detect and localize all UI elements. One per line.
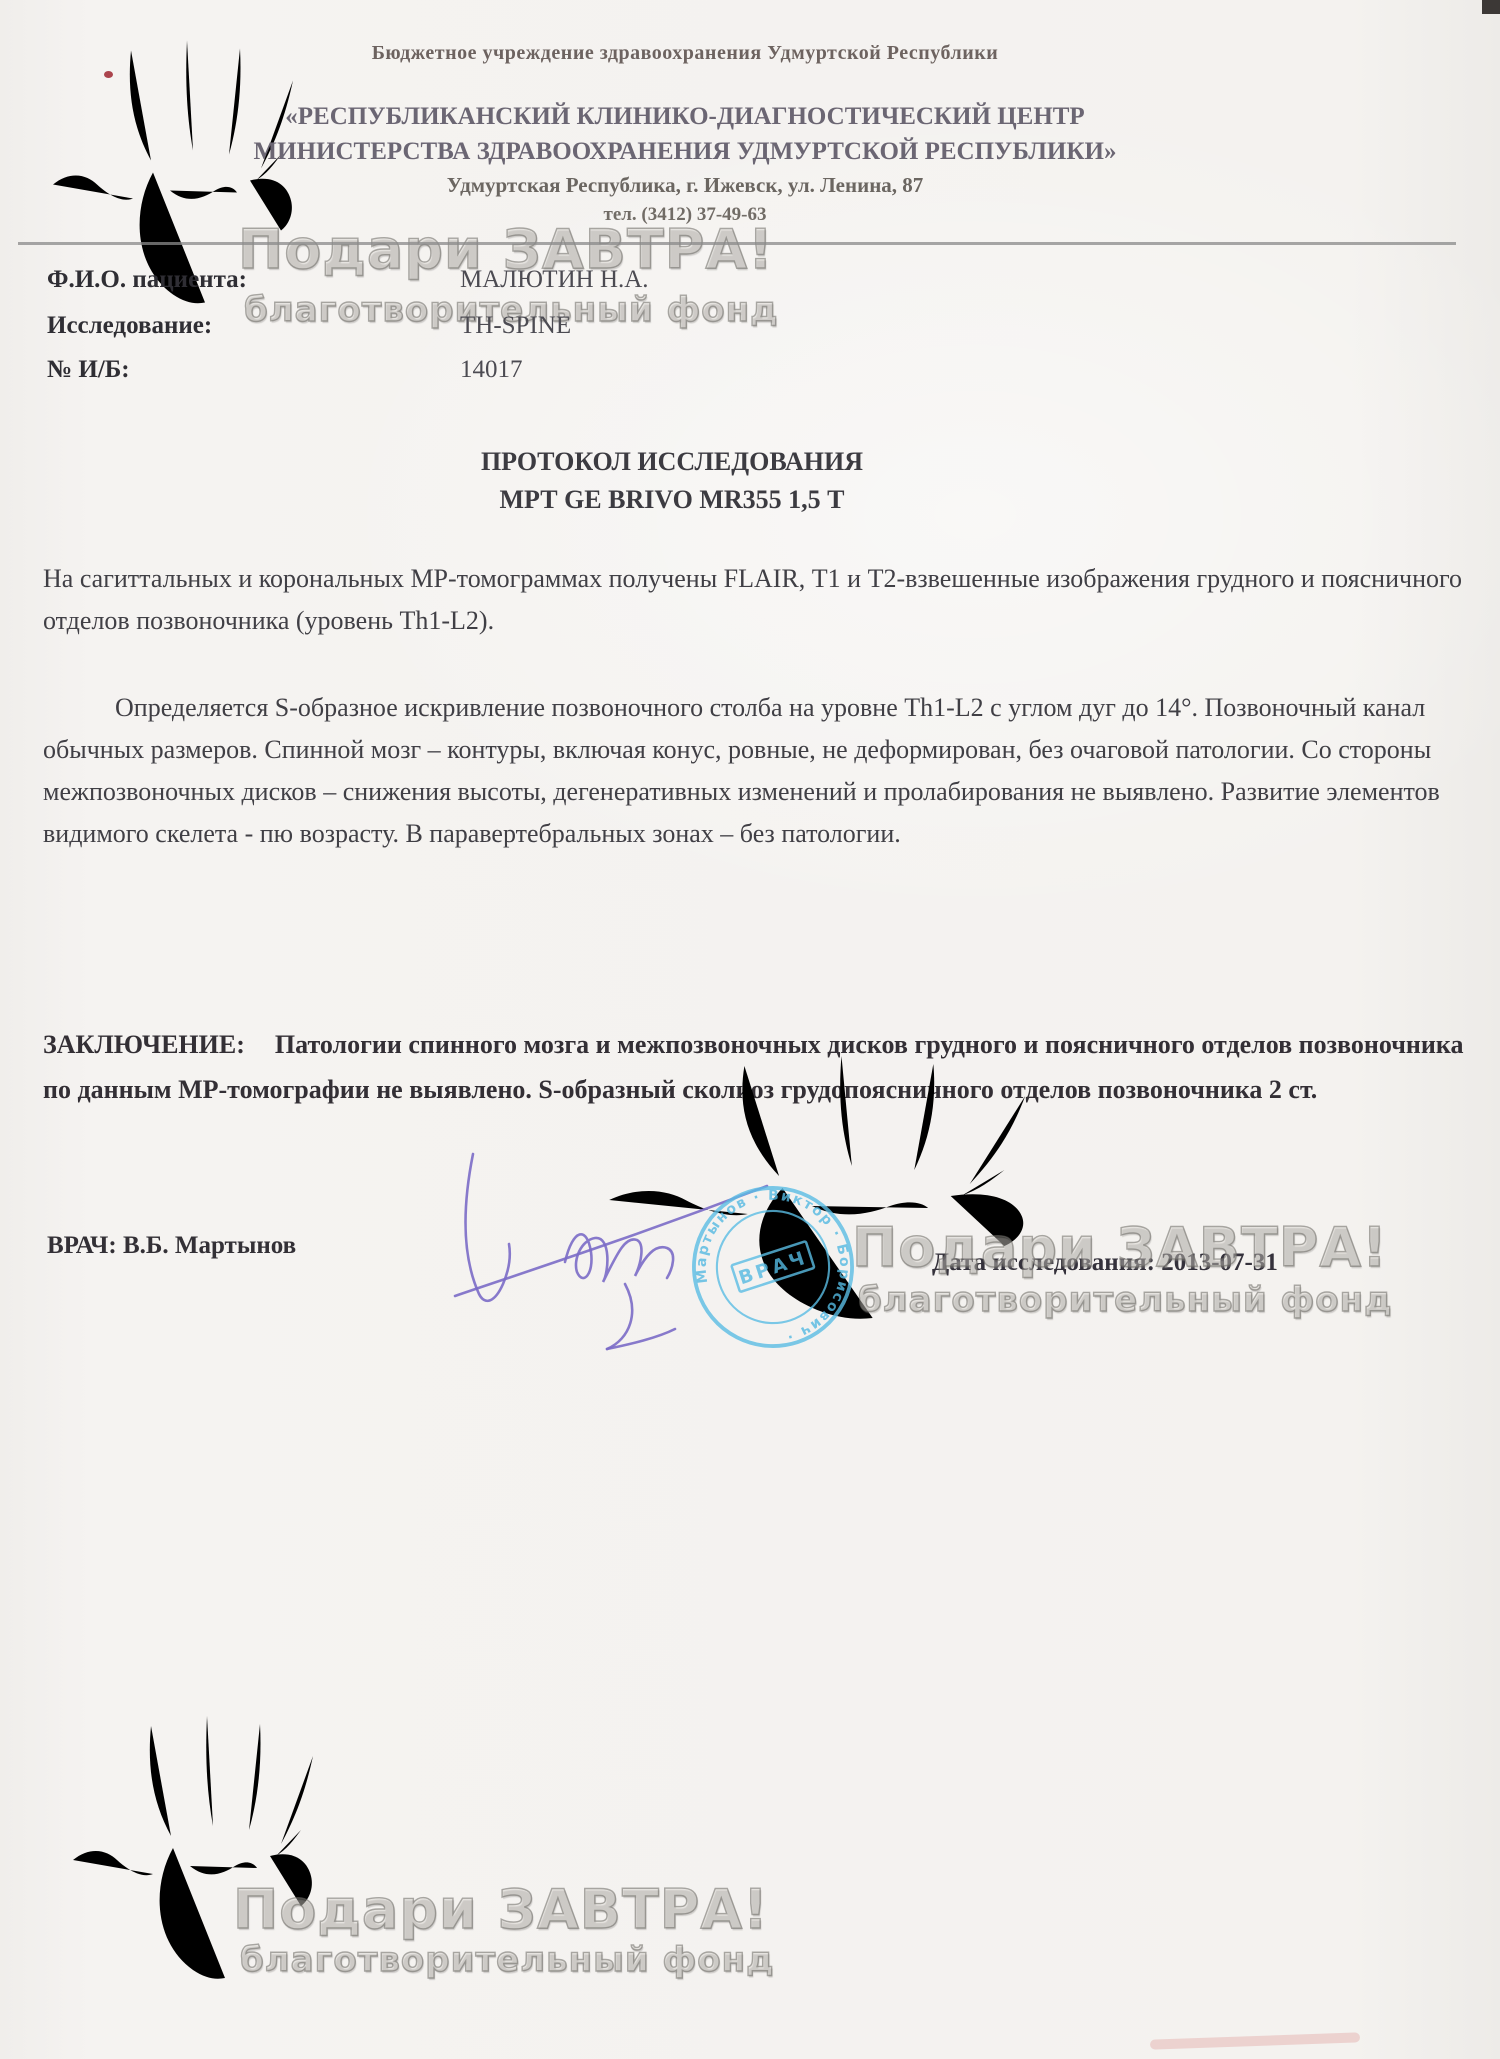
- letterhead-center-name-line2: МИНИСТЕРСТВА ЗДРАВООХРАНЕНИЯ УДМУРТСКОЙ …: [0, 138, 1370, 166]
- conclusion-label: ЗАКЛЮЧЕНИЕ:: [43, 1030, 245, 1059]
- scanner-model-title: МРТ GE BRIVO MR355 1,5 Т: [0, 485, 1344, 515]
- patient-name-label: Ф.И.О. пациента:: [47, 266, 460, 294]
- findings-paragraph-1: На сагиттальных и корональных МР-томогра…: [43, 558, 1465, 642]
- letterhead-address: Удмуртская Республика, г. Ижевск, ул. Ле…: [0, 173, 1370, 198]
- letterhead-phone: тел. (3412) 37-49-63: [0, 204, 1370, 226]
- findings-paragraph-2: Определяется S-образное искривление позв…: [43, 687, 1465, 855]
- study-type-value: TH-SPINE: [460, 312, 571, 339]
- patient-name-value: МАЛЮТИН Н.А.: [460, 266, 649, 293]
- study-type-label: Исследование:: [47, 312, 460, 340]
- watermark-title: Подари ЗАВТРА!: [233, 1878, 769, 1941]
- scan-corner-artifact: [1482, 0, 1500, 14]
- watermark-title: Подари ЗАВТРА!: [852, 1216, 1388, 1279]
- case-number-row: № И/Б:14017: [47, 356, 1247, 384]
- document-page: Подари ЗАВТРА! благотворительный фонд Бю…: [0, 0, 1500, 2059]
- study-type-row: Исследование:TH-SPINE: [47, 312, 1247, 340]
- stamp-center-text: ВРАЧ: [736, 1247, 810, 1289]
- header-divider: [18, 242, 1456, 245]
- doctor-label: ВРАЧ:: [47, 1232, 117, 1259]
- letterhead-institution: Бюджетное учреждение здравоохранения Удм…: [0, 42, 1370, 65]
- watermark-subtitle: благотворительный фонд: [858, 1280, 1393, 1320]
- protocol-title: ПРОТОКОЛ ИССЛЕДОВАНИЯ: [0, 447, 1344, 477]
- watermark-subtitle: благотворительный фонд: [240, 1940, 775, 1980]
- scan-smudge-artifact: [1150, 2032, 1360, 2049]
- letterhead-center-name-line1: «РЕСПУБЛИКАНСКИЙ КЛИНИКО-ДИАГНОСТИЧЕСКИЙ…: [0, 103, 1370, 131]
- doctor-name: В.Б. Мартынов: [123, 1232, 296, 1259]
- conclusion-text: Патологии спинного мозга и межпозвоночны…: [43, 1030, 1463, 1104]
- red-ink-fleck: [104, 71, 113, 78]
- conclusion-block: ЗАКЛЮЧЕНИЕ:Патологии спинного мозга и ме…: [43, 1022, 1475, 1112]
- doctor-line: ВРАЧ: В.Б. Мартынов: [47, 1232, 296, 1260]
- patient-name-row: Ф.И.О. пациента:МАЛЮТИН Н.А.: [47, 266, 1247, 294]
- case-number-label: № И/Б:: [47, 356, 460, 384]
- case-number-value: 14017: [460, 356, 523, 383]
